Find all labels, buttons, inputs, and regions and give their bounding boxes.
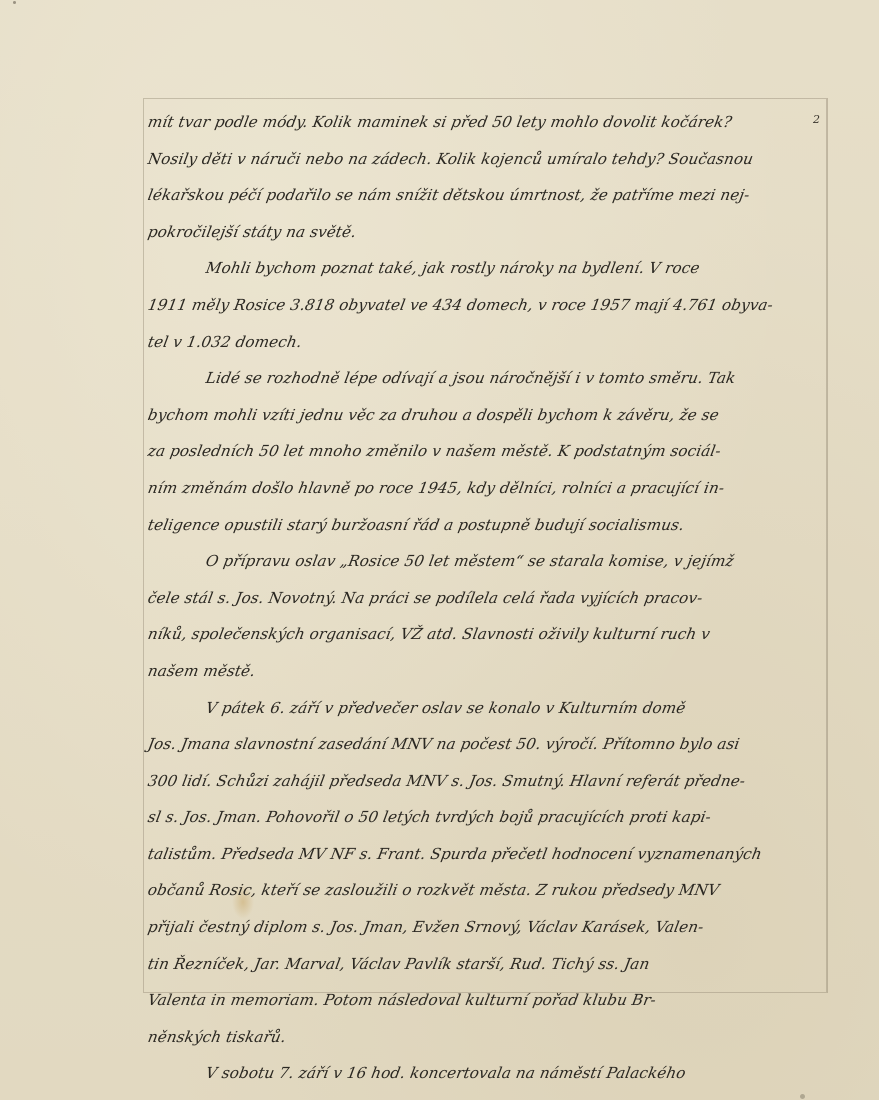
line-text: ním změnám došlo hlavně po roce 1945, kd… (145, 470, 728, 507)
paragraph-start-line: Lidé se rozhodně lépe odívají a jsou nár… (145, 360, 827, 397)
speck-mark (13, 1, 16, 4)
line-text: tin Řezníček, Jar. Marval, Václav Pavlík… (145, 946, 653, 983)
line-text: občanů Rosic, kteří se zasloužili o rozk… (145, 872, 723, 909)
line-text: čele stál s. Jos. Novotný. Na práci se p… (145, 580, 706, 617)
line-text: V sobotu 7. září v 16 hod. koncertovala … (203, 1055, 689, 1092)
text-line: za posledních 50 let mnoho změnilo v naš… (145, 433, 827, 470)
text-line: mít tvar podle módy. Kolik maminek si př… (145, 104, 827, 141)
text-line: pokročilejší státy na světě. (145, 214, 827, 251)
text-line: 300 lidí. Schůzi zahájil předseda MNV s.… (145, 763, 827, 800)
text-line: něnských tiskařů. (145, 1019, 827, 1056)
paragraph-start-line: V sobotu 7. září v 16 hod. koncertovala … (145, 1055, 827, 1092)
line-text: Valenta in memoriam. Potom následoval ku… (145, 982, 659, 1019)
line-text: Jos. Jmana slavnostní zasedání MNV na po… (145, 726, 743, 763)
line-text: našem městě. (145, 653, 259, 690)
text-line: Nosily děti v náruči nebo na zádech. Kol… (145, 141, 827, 178)
line-text: O přípravu oslav „Rosice 50 let městem“ … (203, 543, 737, 580)
line-text: 1911 měly Rosice 3.818 obyvatel ve 434 d… (145, 287, 776, 324)
line-text: teligence opustili starý buržoasní řád a… (145, 507, 687, 544)
text-line: Jos. Jmana slavnostní zasedání MNV na po… (145, 726, 827, 763)
handwritten-text-block: mít tvar podle módy. Kolik maminek si př… (148, 104, 824, 1092)
line-text: Mohli bychom poznat také, jak rostly nár… (203, 250, 703, 287)
line-text: Lidé se rozhodně lépe odívají a jsou nár… (203, 360, 739, 397)
line-text: sl s. Jos. Jman. Pohovořil o 50 letých t… (145, 799, 714, 836)
line-text: lékařskou péčí podařilo se nám snížit dě… (145, 177, 753, 214)
speck-mark (800, 1094, 805, 1099)
line-text: za posledních 50 let mnoho změnilo v naš… (145, 433, 724, 470)
text-line: lékařskou péčí podařilo se nám snížit dě… (145, 177, 827, 214)
paragraph-start-line: V pátek 6. září v předvečer oslav se kon… (145, 690, 827, 727)
line-text: mít tvar podle módy. Kolik maminek si př… (145, 104, 735, 141)
text-line: ním změnám došlo hlavně po roce 1945, kd… (145, 470, 827, 507)
text-line: teligence opustili starý buržoasní řád a… (145, 507, 827, 544)
text-line: níků, společenských organisací, VŽ atd. … (145, 616, 827, 653)
paragraph-start-line: Mohli bychom poznat také, jak rostly nár… (145, 250, 827, 287)
page-border-shadow (827, 98, 828, 993)
text-line: sl s. Jos. Jman. Pohovořil o 50 letých t… (145, 799, 827, 836)
text-line: přijali čestný diplom s. Jos. Jman, Evže… (145, 909, 827, 946)
text-line: tin Řezníček, Jar. Marval, Václav Pavlík… (145, 946, 827, 983)
text-line: talistům. Předseda MV NF s. Frant. Spurd… (145, 836, 827, 873)
line-text: 300 lidí. Schůzi zahájil předseda MNV s.… (145, 763, 749, 800)
line-text: bychom mohli vzíti jednu věc za druhou a… (145, 397, 722, 434)
line-text: pokročilejší státy na světě. (145, 214, 360, 251)
text-line: 1911 měly Rosice 3.818 obyvatel ve 434 d… (145, 287, 827, 324)
line-text: něnských tiskařů. (145, 1019, 289, 1056)
line-text: V pátek 6. září v předvečer oslav se kon… (203, 690, 689, 727)
line-text: přijali čestný diplom s. Jos. Jman, Evže… (145, 909, 707, 946)
text-line: tel v 1.032 domech. (145, 324, 827, 361)
text-line: občanů Rosic, kteří se zasloužili o rozk… (145, 872, 827, 909)
line-text: tel v 1.032 domech. (145, 324, 305, 361)
text-line: Valenta in memoriam. Potom následoval ku… (145, 982, 827, 1019)
text-line: našem městě. (145, 653, 827, 690)
paragraph-start-line: O přípravu oslav „Rosice 50 let městem“ … (145, 543, 827, 580)
text-line: bychom mohli vzíti jednu věc za druhou a… (145, 397, 827, 434)
text-line: čele stál s. Jos. Novotný. Na práci se p… (145, 580, 827, 617)
line-text: talistům. Předseda MV NF s. Frant. Spurd… (145, 836, 765, 873)
line-text: níků, společenských organisací, VŽ atd. … (145, 616, 713, 653)
line-text: Nosily děti v náruči nebo na zádech. Kol… (145, 141, 757, 178)
